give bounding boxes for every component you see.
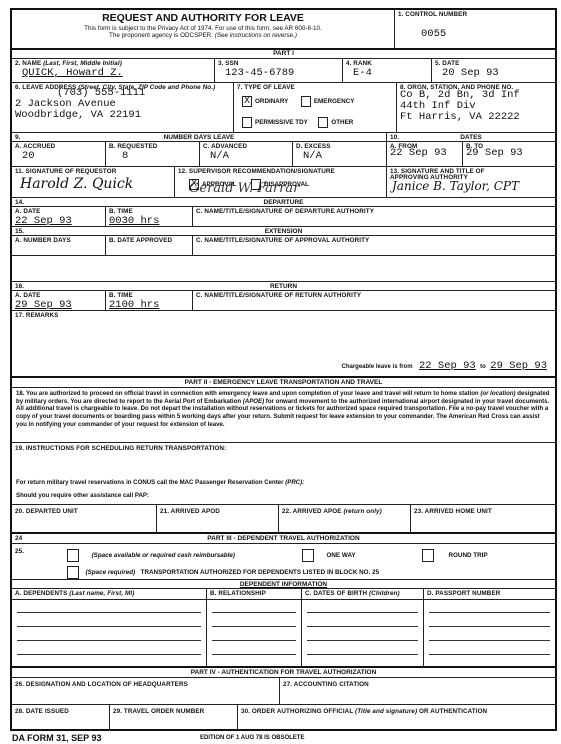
relationship-line[interactable] (212, 626, 296, 627)
leave-form: REQUEST AND AUTHORITY FOR LEAVE This for… (10, 8, 557, 731)
date-field[interactable]: 5. DATE 20 Sep 93 (432, 59, 555, 82)
prc-text: For return military travel reservations … (12, 477, 308, 488)
excess-value[interactable]: N/A (293, 150, 386, 162)
return-date-field[interactable]: a. DATE 29 Sep 93 (12, 291, 106, 310)
ssn-field[interactable]: 3. SSN 123-45-6789 (215, 59, 343, 82)
return-date-value[interactable]: 29 Sep 93 (12, 299, 105, 310)
relationship-column: b. RELATIONSHIP (207, 589, 302, 666)
rank-field[interactable]: 4. RANK E-4 (343, 59, 432, 82)
return-authority-field[interactable]: c. NAME/TITLE/SIGNATURE OF RETURN AUTHOR… (193, 291, 555, 310)
dependent-line[interactable] (17, 654, 201, 655)
requested-field[interactable]: b. REQUESTED 8 (106, 142, 200, 166)
dependent-info-title: DEPENDENT INFORMATION (12, 581, 555, 588)
approver-signature[interactable]: Janice B. Taylor, CPT (387, 179, 555, 193)
space-available-checkbox[interactable]: (Space available or required cash reimbu… (67, 547, 235, 565)
supervisor-field: 12. SUPERVISOR RECOMMENDATION/SIGNATURE … (175, 167, 387, 197)
ssn-value[interactable]: 123-45-6789 (215, 67, 342, 79)
dob-line[interactable] (307, 626, 418, 627)
passport-line[interactable] (429, 640, 550, 641)
requestor-signature[interactable]: Harold Z. Quick (12, 176, 174, 192)
remarks-field[interactable]: 17. REMARKS Chargeable leave is from 22 … (12, 311, 555, 378)
dob-line[interactable] (307, 612, 418, 613)
hq-accounting-row: 26. DESIGNATION AND LOCATION OF HEADQUAR… (12, 678, 555, 705)
return-time-field[interactable]: b. TIME 2100 hrs (106, 291, 193, 310)
part1-title-row: PART I (12, 50, 555, 59)
return-time-value[interactable]: 2100 hrs (106, 299, 192, 310)
privacy-notice: This form is subject to the Privacy Act … (12, 25, 394, 32)
rank-value[interactable]: E-4 (343, 67, 431, 79)
approving-authority-field[interactable]: 13. SIGNATURE AND TITLE OF APPROVING AUT… (387, 167, 555, 197)
from-date-value[interactable]: 22 Sep 93 (387, 147, 462, 159)
permissive-tdy-checkbox[interactable]: PERMISSIVE TDY (242, 114, 308, 131)
to-date-value[interactable]: 29 Sep 93 (463, 147, 555, 159)
authorizing-official-field[interactable]: 30. ORDER AUTHORIZING OFFICIAL (Title an… (238, 705, 555, 731)
departure-date-field[interactable]: a. DATE 22 Sep 93 (12, 207, 106, 226)
pap-text: Should you require other assistance call… (12, 490, 153, 501)
signatures-row: 11. SIGNATURE OF REQUESTOR Harold Z. Qui… (12, 167, 555, 198)
dependent-line[interactable] (17, 612, 201, 613)
advanced-value[interactable]: N/A (200, 150, 292, 162)
dependent-info-title-row: DEPENDENT INFORMATION (12, 580, 555, 589)
round-trip-checkbox[interactable]: ROUND TRIP (422, 547, 488, 565)
departure-time-value[interactable]: 0030 hrs (106, 215, 192, 226)
passport-line[interactable] (429, 612, 550, 613)
arrived-apod-field[interactable]: 21. ARRIVED APOD (157, 505, 279, 532)
requested-value[interactable]: 8 (106, 150, 199, 162)
passport-line[interactable] (429, 626, 550, 627)
order-row: 28. DATE ISSUED 29. TRAVEL ORDER NUMBER … (12, 705, 555, 731)
accounting-citation-field[interactable]: 27. ACCOUNTING CITATION (280, 678, 555, 704)
proponent-notice: The proponent agency is ODCSPER. (See in… (12, 32, 394, 39)
extension-authority-field[interactable]: c. NAME/TITLE/SIGNATURE OF APPROVAL AUTH… (193, 236, 555, 255)
chargeable-from[interactable]: 22 Sep 93 (417, 360, 476, 372)
departure-title: DEPARTURE (12, 199, 555, 206)
item18-block: 18. You are authorized to proceed on off… (12, 388, 555, 443)
dependent-line[interactable] (17, 626, 201, 627)
passport-column: d. PASSPORT NUMBER (424, 589, 555, 666)
dob-line[interactable] (307, 654, 418, 655)
chargeable-leave: Chargeable leave is from 22 Sep 93 to 29… (342, 355, 548, 373)
emergency-checkbox[interactable]: EMERGENCY (301, 93, 355, 110)
type-of-leave-field: 7. TYPE OF LEAVE XORDINARY EMERGENCY PER… (234, 83, 397, 132)
departure-authority-field[interactable]: c. NAME/TITLE/SIGNATURE OF DEPARTURE AUT… (193, 207, 555, 226)
date-issued-field[interactable]: 28. DATE ISSUED (12, 705, 110, 731)
advanced-field[interactable]: c. ADVANCED N/A (200, 142, 293, 166)
form-id: DA FORM 31, SEP 93 (12, 733, 102, 743)
excess-field[interactable]: d. EXCESS N/A (293, 142, 387, 166)
part2-title: PART II - EMERGENCY LEAVE TRANSPORTATION… (12, 379, 555, 386)
relationship-line[interactable] (212, 612, 296, 613)
leave-address-field[interactable]: 6. LEAVE ADDRESS (Street, City, State, Z… (12, 83, 234, 132)
address-line2[interactable]: Woodbridge, VA 22191 (15, 110, 233, 121)
form-title: REQUEST AND AUTHORITY FOR LEAVE (12, 12, 394, 24)
requestor-signature-field[interactable]: 11. SIGNATURE OF REQUESTOR Harold Z. Qui… (12, 167, 175, 197)
accrued-value[interactable]: 20 (12, 150, 105, 162)
control-number-value[interactable]: 0055 (395, 28, 555, 40)
identity-row: 2. NAME (Last, First, Middle Initial) QU… (12, 59, 555, 83)
part4-title: PART IV - AUTHENTICATION FOR TRAVEL AUTH… (12, 669, 555, 676)
days-dates-row: a. ACCRUED 20 b. REQUESTED 8 c. ADVANCED… (12, 142, 555, 167)
departure-header: 14. DEPARTURE (12, 198, 555, 207)
dob-line[interactable] (307, 640, 418, 641)
dependent-line[interactable] (17, 640, 201, 641)
departure-date-value[interactable]: 22 Sep 93 (12, 215, 105, 226)
number-days-leave-title: NUMBER DAYS LEAVE (12, 134, 386, 141)
extension-row: a. NUMBER DAYS b. DATE APPROVED c. NAME/… (12, 236, 555, 256)
date-value[interactable]: 20 Sep 93 (432, 67, 555, 79)
part1-title: PART I (12, 50, 555, 57)
form-title-block: REQUEST AND AUTHORITY FOR LEAVE This for… (12, 10, 395, 48)
part3-title-row: 24 PART III - DEPENDENT TRAVEL AUTHORIZA… (12, 534, 555, 544)
chargeable-to[interactable]: 29 Sep 93 (490, 360, 547, 372)
from-date-field[interactable]: a. FROM 22 Sep 93 (387, 142, 463, 166)
relationship-line[interactable] (212, 654, 296, 655)
supervisor-signature[interactable]: Gerald W. Farrar (189, 181, 299, 196)
return-row: a. DATE 29 Sep 93 b. TIME 2100 hrs c. NA… (12, 291, 555, 311)
departure-time-field[interactable]: b. TIME 0030 hrs (106, 207, 193, 226)
item19-block[interactable]: 19. INSTRUCTIONS FOR SCHEDULING RETURN T… (12, 443, 555, 505)
return-header: 16. RETURN (12, 282, 555, 291)
orgn-station-field[interactable]: 8. ORGN, STATION, AND PHONE NO. Co B, 2d… (397, 83, 555, 132)
other-checkbox[interactable]: OTHER (318, 114, 353, 131)
extension-date-field[interactable]: b. DATE APPROVED (106, 236, 193, 255)
days-dates-header-row: 9. NUMBER DAYS LEAVE 10. DATES (12, 133, 555, 142)
arrived-apoe-field[interactable]: 22. ARRIVED APOE (return only) (279, 505, 411, 532)
item25-block: 25. (Space available or required cash re… (12, 544, 555, 580)
ordinary-checkbox[interactable]: XORDINARY (242, 93, 288, 110)
dependents-table: a. DEPENDENTS (Last name, First, MI) b. … (12, 589, 555, 668)
to-date-field[interactable]: b. TO 29 Sep 93 (463, 142, 555, 166)
dob-column: c. DATES OF BIRTH (Children) (302, 589, 424, 666)
dependents-column: a. DEPENDENTS (Last name, First, MI) (12, 589, 207, 666)
part3-title: PART III - DEPENDENT TRAVEL AUTHORIZATIO… (12, 535, 555, 542)
orgn-line3[interactable]: Ft Harris, VA 22222 (400, 112, 555, 123)
passport-line[interactable] (429, 654, 550, 655)
edition-notice: EDITION OF 1 AUG 78 IS OBSOLETE (200, 735, 304, 741)
part4-title-row: PART IV - AUTHENTICATION FOR TRAVEL AUTH… (12, 668, 555, 678)
name-value[interactable]: QUICK, Howard Z. (12, 67, 214, 79)
form-header: REQUEST AND AUTHORITY FOR LEAVE This for… (12, 10, 555, 50)
control-number-field[interactable]: 1. CONTROL NUMBER 0055 (395, 10, 555, 48)
departed-unit-field[interactable]: 20. DEPARTED UNIT (12, 505, 157, 532)
travel-order-number-field[interactable]: 29. TRAVEL ORDER NUMBER (110, 705, 238, 731)
relationship-line[interactable] (212, 640, 296, 641)
departure-row: a. DATE 22 Sep 93 b. TIME 0030 hrs c. NA… (12, 207, 555, 227)
accrued-field[interactable]: a. ACCRUED 20 (12, 142, 106, 166)
address-row: 6. LEAVE ADDRESS (Street, City, State, Z… (12, 83, 555, 133)
arrival-row: 20. DEPARTED UNIT 21. ARRIVED APOD 22. A… (12, 505, 555, 534)
return-title: RETURN (12, 283, 555, 290)
part2-title-row: PART II - EMERGENCY LEAVE TRANSPORTATION… (12, 378, 555, 388)
extension-title: EXTENSION (12, 228, 555, 235)
name-field[interactable]: 2. NAME (Last, First, Middle Initial) QU… (12, 59, 215, 82)
one-way-checkbox[interactable]: ONE WAY (302, 547, 356, 565)
arrived-home-unit-field[interactable]: 23. ARRIVED HOME UNIT (411, 505, 555, 532)
extension-spacer (12, 256, 555, 282)
extension-header: 15. EXTENSION (12, 227, 555, 236)
dates-title: DATES (387, 134, 555, 141)
extension-days-field[interactable]: a. NUMBER DAYS (12, 236, 106, 255)
headquarters-field[interactable]: 26. DESIGNATION AND LOCATION OF HEADQUAR… (12, 678, 280, 704)
